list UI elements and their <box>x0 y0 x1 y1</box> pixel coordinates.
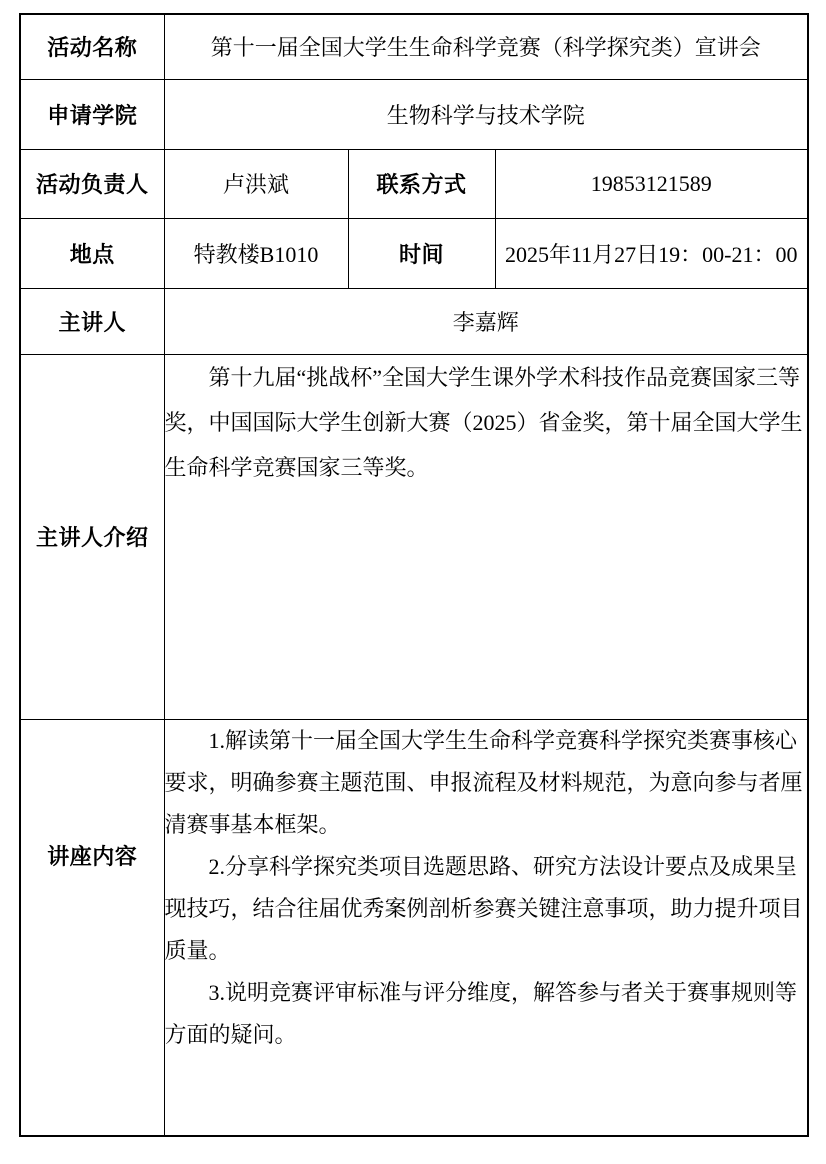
lecture-content-label-cell: 讲座内容 <box>20 719 164 1136</box>
row-lecture-content: 讲座内容 1.解读第十一届全国大学生生命科学竞赛科学探究类赛事核心要求，明确参赛… <box>20 719 808 1136</box>
leader-label: 活动负责人 <box>20 149 164 218</box>
contact-value: 19853121589 <box>495 149 808 218</box>
time-value: 2025年11月27日19：00-21：00 <box>495 218 808 288</box>
lecture-content-text: 1.解读第十一届全国大学生生命科学竞赛科学探究类赛事核心要求，明确参赛主题范围、… <box>164 719 808 1136</box>
speaker-label: 主讲人 <box>20 288 164 354</box>
leader-value: 卢洪斌 <box>164 149 348 218</box>
lecture-content-paragraph-1: 1.解读第十一届全国大学生生命科学竞赛科学探究类赛事核心要求，明确参赛主题范围、… <box>165 720 808 846</box>
speaker-value: 李嘉辉 <box>164 288 808 354</box>
row-college: 申请学院 生物科学与技术学院 <box>20 79 808 149</box>
location-value: 特教楼B1010 <box>164 218 348 288</box>
activity-name-label: 活动名称 <box>20 14 164 79</box>
row-speaker: 主讲人 李嘉辉 <box>20 288 808 354</box>
speaker-intro-paragraph: 第十九届“挑战杯”全国大学生课外学术科技作品竞赛国家三等奖，中国国际大学生创新大… <box>165 355 808 490</box>
activity-name-value: 第十一届全国大学生生命科学竞赛（科学探究类）宣讲会 <box>164 14 808 79</box>
speaker-intro-label: 主讲人介绍 <box>20 354 164 719</box>
activity-form-table: 活动名称 第十一届全国大学生生命科学竞赛（科学探究类）宣讲会 申请学院 生物科学… <box>19 13 809 1137</box>
speaker-intro-text: 第十九届“挑战杯”全国大学生课外学术科技作品竞赛国家三等奖，中国国际大学生创新大… <box>164 354 808 719</box>
lecture-content-paragraph-3: 3.说明竞赛评审标准与评分维度，解答参与者关于赛事规则等方面的疑问。 <box>165 972 808 1056</box>
college-value: 生物科学与技术学院 <box>164 79 808 149</box>
location-label: 地点 <box>20 218 164 288</box>
row-leader-contact: 活动负责人 卢洪斌 联系方式 19853121589 <box>20 149 808 218</box>
college-label: 申请学院 <box>20 79 164 149</box>
lecture-content-paragraph-2: 2.分享科学探究类项目选题思路、研究方法设计要点及成果呈现技巧，结合往届优秀案例… <box>165 846 808 972</box>
time-label: 时间 <box>348 218 495 288</box>
lecture-content-label: 讲座内容 <box>21 840 164 871</box>
contact-label: 联系方式 <box>348 149 495 218</box>
row-speaker-intro: 主讲人介绍 第十九届“挑战杯”全国大学生课外学术科技作品竞赛国家三等奖，中国国际… <box>20 354 808 719</box>
row-location-time: 地点 特教楼B1010 时间 2025年11月27日19：00-21：00 <box>20 218 808 288</box>
row-activity-name: 活动名称 第十一届全国大学生生命科学竞赛（科学探究类）宣讲会 <box>20 14 808 79</box>
document-page: { "page": { "background": "#ffffff", "bo… <box>0 0 826 1164</box>
